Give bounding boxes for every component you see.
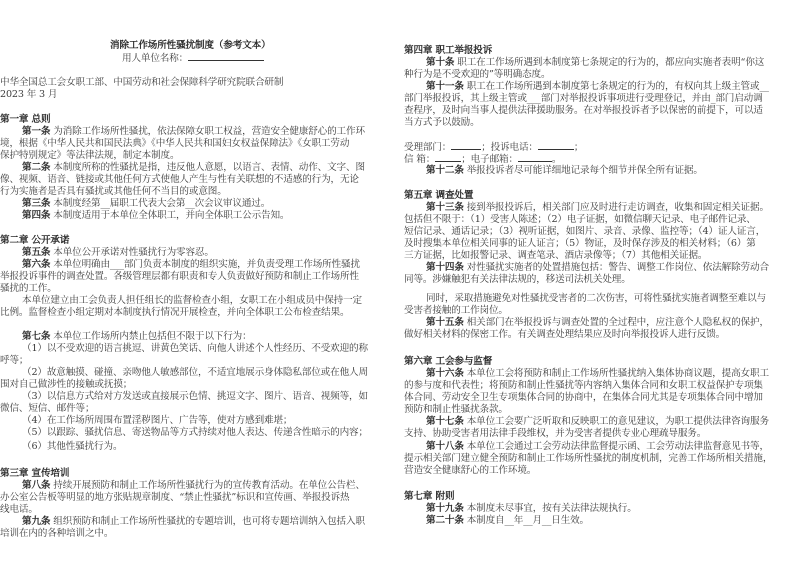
article-9-line: 培训在内的各种培训之中。 xyxy=(0,527,113,540)
article-11-line: 当方式予以鼓励。 xyxy=(404,116,480,129)
article-17-line: 支持、协助受害者用法律手段维权，并为受害者提供专业心理疏导服务。 xyxy=(404,427,706,440)
article-15-line: 做好相关材料的保密工作。有关调查处理结果应及时向举报投诉人进行反馈。 xyxy=(404,328,725,341)
phone-blank xyxy=(538,140,574,150)
dept-blank xyxy=(451,140,481,150)
article-8-line: 办公室公告板等明显的地方张贴规章制度、“禁止性骚扰”标识和宣传画、举报投诉热 xyxy=(0,491,349,504)
article-20: 第二十条 本制度自__年__月__日生效。 xyxy=(426,514,589,527)
employer-name-blank xyxy=(188,51,264,61)
employer-name-field: 用人单位名称： xyxy=(122,51,264,65)
article-12: 第十二条 举报投诉者尽可能详细地记录每个细节并保全所有证据。 xyxy=(426,164,703,177)
left-column: 消除工作场所性骚扰制度（参考文本） 用人单位名称： 中华全国总工会女职工部、中国… xyxy=(0,0,398,566)
article-14-line: 同等。涉嫌触犯有关法律法规的，移送司法机关处理。 xyxy=(404,273,631,286)
article-4: 第四条 本制度适用于本单位全体职工，并向全体职工公示告知。 xyxy=(22,209,289,222)
list-item: （1）以不受欢迎的语言挑逗、讲黄色笑话、向他人讲述个人性经历、不受欢迎的称 xyxy=(22,342,368,355)
employer-name-label: 用人单位名称： xyxy=(122,53,188,64)
list-item: （6）其他性骚扰行为。 xyxy=(22,440,122,453)
email-blank xyxy=(518,152,552,162)
article-18-line: 营造安全健康舒心的工作环境。 xyxy=(404,464,536,477)
right-column: 第四章 职工举报投诉 第十条 职工在工作场所遇到本制度第七条规定的行为的，都应向… xyxy=(404,0,800,566)
date-line: 2023 年 3 月 xyxy=(0,88,57,101)
supervision-paragraph-line: 比例。监督检查小组定期对本制度执行情况开展检查，并向全体职工公布检查结果。 xyxy=(0,306,349,319)
list-item: （5）以跟踪、骚扰信息、寄送物品等方式持续对他人表达、传递含性暗示的内容； xyxy=(22,426,368,439)
mailbox-blank xyxy=(435,152,461,162)
separator: ； xyxy=(574,142,583,153)
